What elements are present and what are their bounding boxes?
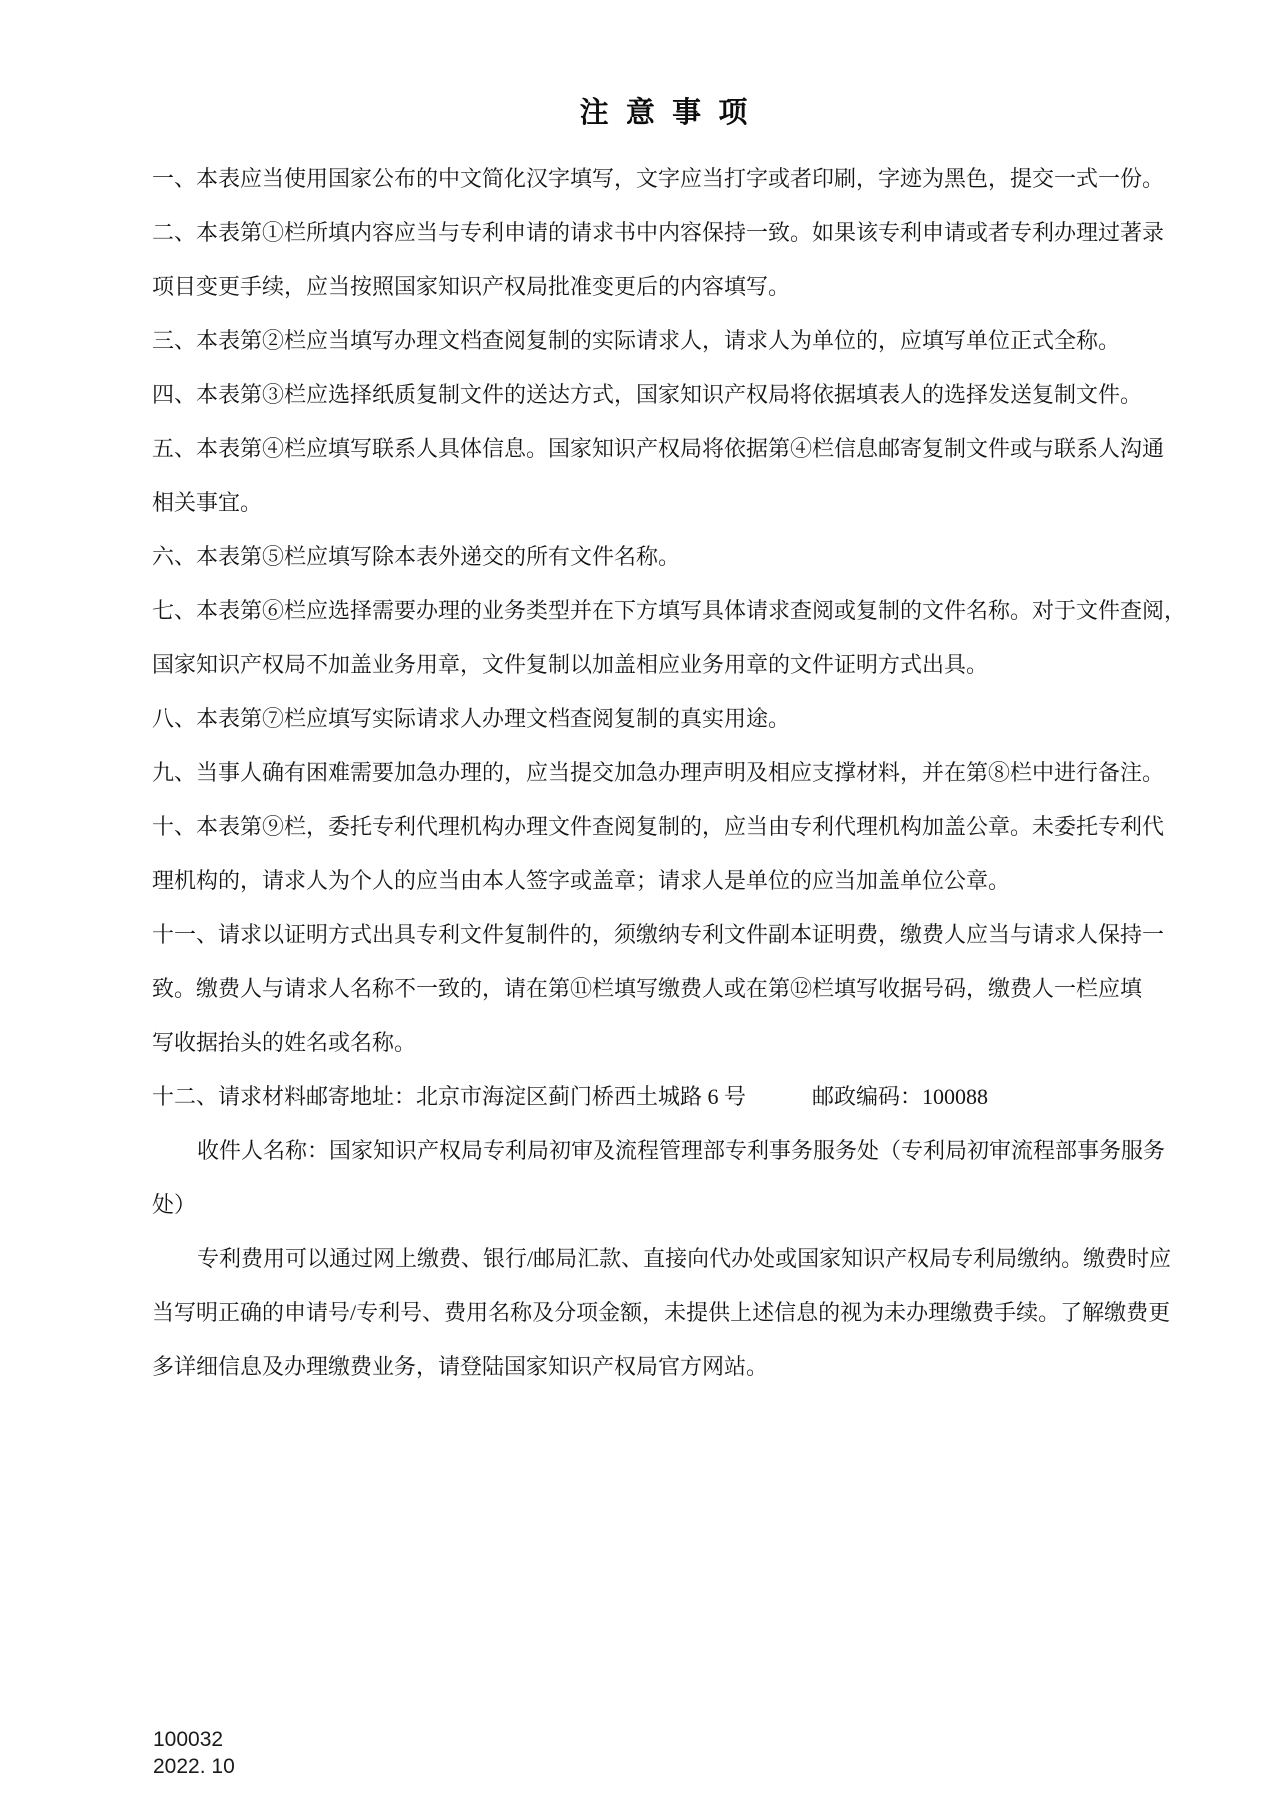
paragraph-item-9: 九、当事人确有困难需要加急办理的，应当提交加急办理声明及相应支撑材料，并在第⑧栏…	[152, 746, 1180, 800]
paragraph-item-3: 三、本表第②栏应当填写办理文档查阅复制的实际请求人，请求人为单位的，应填写单位正…	[152, 314, 1180, 368]
text-line: 八、本表第⑦栏应填写实际请求人办理文档查阅复制的真实用途。	[152, 692, 1180, 746]
text-line: 专利费用可以通过网上缴费、银行/邮局汇款、直接向代办处或国家知识产权局专利局缴纳…	[152, 1232, 1180, 1286]
text-line: 九、当事人确有困难需要加急办理的，应当提交加急办理声明及相应支撑材料，并在第⑧栏…	[152, 746, 1180, 800]
text-line: 二、本表第①栏所填内容应当与专利申请的请求书中内容保持一致。如果该专利申请或者专…	[152, 206, 1180, 260]
text-line: 十、本表第⑨栏，委托专利代理机构办理文件查阅复制的，应当由专利代理机构加盖公章。…	[152, 800, 1180, 854]
document-page: 注 意 事 项 一、本表应当使用国家公布的中文简化汉字填写，文字应当打字或者印刷…	[0, 0, 1280, 1810]
text-line: 国家知识产权局不加盖业务用章，文件复制以加盖相应业务用章的文件证明方式出具。	[152, 638, 1180, 692]
notes-body: 一、本表应当使用国家公布的中文简化汉字填写，文字应当打字或者印刷，字迹为黑色，提…	[152, 152, 1180, 1394]
paragraph-item-8: 八、本表第⑦栏应填写实际请求人办理文档查阅复制的真实用途。	[152, 692, 1180, 746]
paragraph-item-2: 二、本表第①栏所填内容应当与专利申请的请求书中内容保持一致。如果该专利申请或者专…	[152, 206, 1180, 314]
paragraph-item-4: 四、本表第③栏应选择纸质复制文件的送达方式，国家知识产权局将依据填表人的选择发送…	[152, 368, 1180, 422]
text-line: 相关事宜。	[152, 476, 1180, 530]
paragraph-item-5: 五、本表第④栏应填写联系人具体信息。国家知识产权局将依据第④栏信息邮寄复制文件或…	[152, 422, 1180, 530]
form-code: 100032	[153, 1726, 235, 1753]
text-line: 写收据抬头的姓名或名称。	[152, 1016, 1180, 1070]
text-line: 五、本表第④栏应填写联系人具体信息。国家知识产权局将依据第④栏信息邮寄复制文件或…	[152, 422, 1180, 476]
page-title: 注 意 事 项	[152, 90, 1180, 131]
paragraph-item-10: 十、本表第⑨栏，委托专利代理机构办理文件查阅复制的，应当由专利代理机构加盖公章。…	[152, 800, 1180, 908]
text-line: 六、本表第⑤栏应填写除本表外递交的所有文件名称。	[152, 530, 1180, 584]
text-line: 四、本表第③栏应选择纸质复制文件的送达方式，国家知识产权局将依据填表人的选择发送…	[152, 368, 1180, 422]
revision-date: 2022. 10	[153, 1753, 235, 1780]
paragraph-item-6: 六、本表第⑤栏应填写除本表外递交的所有文件名称。	[152, 530, 1180, 584]
text-line: 多详细信息及办理缴费业务，请登陆国家知识产权局官方网站。	[152, 1340, 1180, 1394]
text-line: 当写明正确的申请号/专利号、费用名称及分项金额，未提供上述信息的视为未办理缴费手…	[152, 1286, 1180, 1340]
paragraph-item-7: 七、本表第⑥栏应选择需要办理的业务类型并在下方填写具体请求查阅或复制的文件名称。…	[152, 584, 1180, 692]
text-line: 十一、请求以证明方式出具专利文件复制件的，须缴纳专利文件副本证明费，缴费人应当与…	[152, 908, 1180, 962]
text-line: 十二、请求材料邮寄地址：北京市海淀区蓟门桥西土城路 6 号 邮政编码：10008…	[152, 1070, 1180, 1124]
paragraph-item-11: 十一、请求以证明方式出具专利文件复制件的，须缴纳专利文件副本证明费，缴费人应当与…	[152, 908, 1180, 1070]
text-line: 收件人名称：国家知识产权局专利局初审及流程管理部专利事务服务处（专利局初审流程部…	[152, 1124, 1180, 1178]
page-footer: 100032 2022. 10	[153, 1726, 235, 1780]
text-line: 七、本表第⑥栏应选择需要办理的业务类型并在下方填写具体请求查阅或复制的文件名称。…	[152, 584, 1180, 638]
paragraph-fee-payment: 专利费用可以通过网上缴费、银行/邮局汇款、直接向代办处或国家知识产权局专利局缴纳…	[152, 1232, 1180, 1394]
text-line: 处）	[152, 1178, 1180, 1232]
paragraph-item-12-address: 十二、请求材料邮寄地址：北京市海淀区蓟门桥西土城路 6 号 邮政编码：10008…	[152, 1070, 1180, 1124]
text-line: 三、本表第②栏应当填写办理文档查阅复制的实际请求人，请求人为单位的，应填写单位正…	[152, 314, 1180, 368]
text-line: 一、本表应当使用国家公布的中文简化汉字填写，文字应当打字或者印刷，字迹为黑色，提…	[152, 152, 1180, 206]
text-line: 理机构的，请求人为个人的应当由本人签字或盖章；请求人是单位的应当加盖单位公章。	[152, 854, 1180, 908]
paragraph-item-12-recipient: 收件人名称：国家知识产权局专利局初审及流程管理部专利事务服务处（专利局初审流程部…	[152, 1124, 1180, 1232]
text-line: 项目变更手续，应当按照国家知识产权局批准变更后的内容填写。	[152, 260, 1180, 314]
text-line: 致。缴费人与请求人名称不一致的，请在第⑪栏填写缴费人或在第⑫栏填写收据号码，缴费…	[152, 962, 1180, 1016]
paragraph-item-1: 一、本表应当使用国家公布的中文简化汉字填写，文字应当打字或者印刷，字迹为黑色，提…	[152, 152, 1180, 206]
